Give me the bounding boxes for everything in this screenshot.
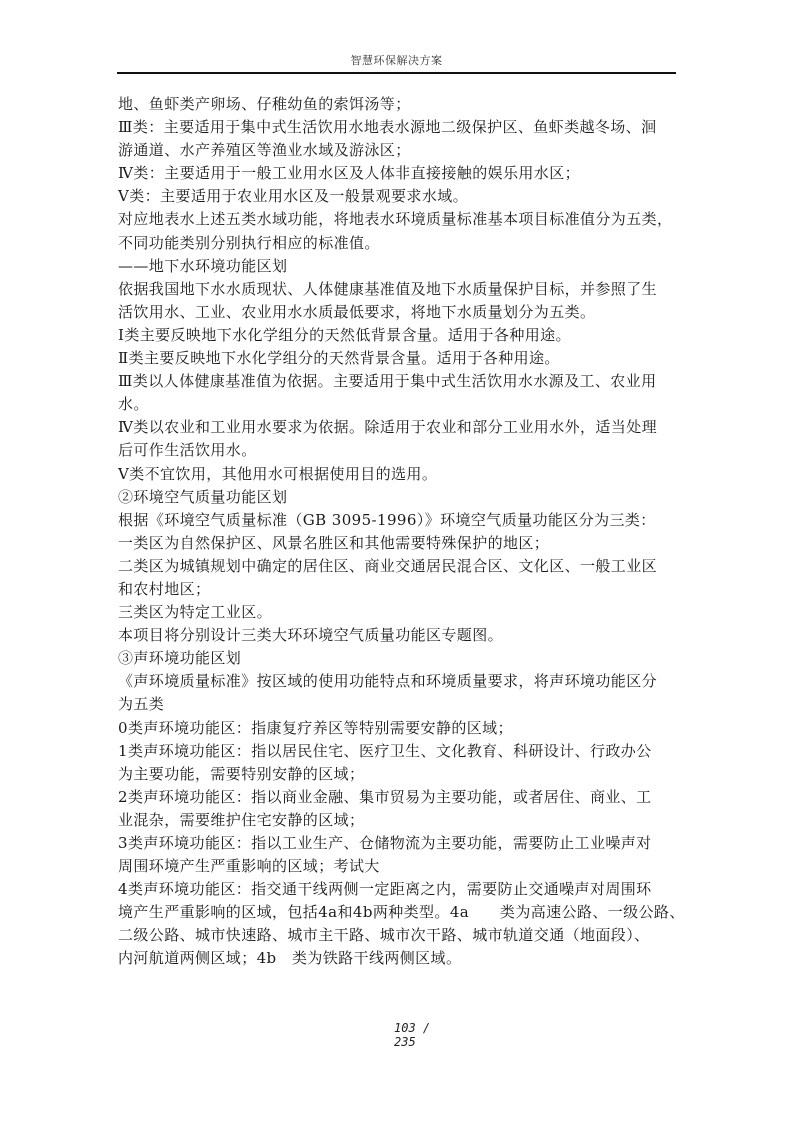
text-line: 三类区为特定工业区。 — [118, 601, 683, 624]
text-line: 依据我国地下水水质现状、人体健康基准值及地下水质量保护目标，并参照了生 — [118, 278, 683, 301]
text-line: 周围环境产生严重影响的区域；考试大 — [118, 855, 683, 878]
section-heading-air-quality: ②环境空气质量功能区划 — [118, 486, 683, 509]
section-heading-acoustic: ③声环境功能区划 — [118, 647, 683, 670]
page-header-title: 智慧环保解决方案 — [117, 52, 676, 68]
text-line: 后可作生活饮用水。 — [118, 439, 683, 462]
text-line: 为五类 — [118, 693, 683, 716]
page-number: 103 / 235 — [394, 1021, 430, 1049]
text-line: 2类声环境功能区：指以商业金融、集市贸易为主要功能，或者居住、商业、工 — [118, 786, 683, 809]
text-line: 《声环境质量标准》按区域的使用功能特点和环境质量要求，将声环境功能区分 — [118, 670, 683, 693]
header-divider — [117, 72, 676, 74]
text-line: 为主要功能，需要特别安静的区域； — [118, 763, 683, 786]
text-line: 4类声环境功能区：指交通干线两侧一定距离之内，需要防止交通噪声对周围环 — [118, 878, 683, 901]
text-line: 3类声环境功能区：指以工业生产、仓储物流为主要功能，需要防止工业噪声对 — [118, 832, 683, 855]
text-line: 水。 — [118, 393, 683, 416]
document-body: 地、鱼虾类产卵场、仔稚幼鱼的索饵汤等； Ⅲ类：主要适用于集中式生活饮用水地表水源… — [118, 93, 683, 971]
text-line: 本项目将分别设计三类大环环境空气质量功能区专题图。 — [118, 624, 683, 647]
text-line: 二类区为城镇规划中确定的居住区、商业交通居民混合区、文化区、一般工业区 — [118, 555, 683, 578]
text-line: 业混杂，需要维护住宅安静的区域； — [118, 809, 683, 832]
text-line: Ⅲ类：主要适用于集中式生活饮用水地表水源地二级保护区、鱼虾类越冬场、洄 — [118, 116, 683, 139]
text-line: 游通道、水产养殖区等渔业水域及游泳区； — [118, 139, 683, 162]
text-line: 0类声环境功能区：指康复疗养区等特别需要安静的区域； — [118, 717, 683, 740]
section-heading-groundwater: ——地下水环境功能区划 — [118, 255, 683, 278]
text-line: 内河航道两侧区域；4b 类为铁路干线两侧区域。 — [118, 947, 683, 970]
text-line: 二级公路、城市快速路、城市主干路、城市次干路、城市轨道交通（地面段）、 — [118, 924, 683, 947]
text-line: Ⅴ类：主要适用于农业用水区及一般景观要求水域。 — [118, 185, 683, 208]
text-line: 1类声环境功能区：指以居民住宅、医疗卫生、文化教育、科研设计、行政办公 — [118, 740, 683, 763]
text-line: 和农村地区； — [118, 578, 683, 601]
text-line: 境产生严重影响的区域，包括4a和4b两种类型。4a 类为高速公路、一级公路、 — [118, 901, 683, 924]
text-line: 对应地表水上述五类水域功能，将地表水环境质量标准基本项目标准值分为五类， — [118, 208, 683, 231]
text-line: 根据《环境空气质量标准（GB 3095-1996）》环境空气质量功能区分为三类： — [118, 509, 683, 532]
text-line: Ⅱ类主要反映地下水化学组分的天然背景含量。适用于各种用途。 — [118, 347, 683, 370]
text-line: Ⅳ类：主要适用于一般工业用水区及人体非直接接触的娱乐用水区； — [118, 162, 683, 185]
page-number-total: 235 — [394, 1035, 430, 1049]
text-line: Ⅴ类不宜饮用，其他用水可根据使用目的选用。 — [118, 463, 683, 486]
text-line: 地、鱼虾类产卵场、仔稚幼鱼的索饵汤等； — [118, 93, 683, 116]
text-line: Ⅲ类以人体健康基准值为依据。主要适用于集中式生活饮用水水源及工、农业用 — [118, 370, 683, 393]
text-line: Ⅳ类以农业和工业用水要求为依据。除适用于农业和部分工业用水外，适当处理 — [118, 416, 683, 439]
text-line: Ⅰ类主要反映地下水化学组分的天然低背景含量。适用于各种用途。 — [118, 324, 683, 347]
page-number-current: 103 / — [394, 1021, 430, 1035]
text-line: 活饮用水、工业、农业用水水质最低要求，将地下水质量划分为五类。 — [118, 301, 683, 324]
text-line: 不同功能类别分别执行相应的标准值。 — [118, 232, 683, 255]
text-line: 一类区为自然保护区、风景名胜区和其他需要特殊保护的地区； — [118, 532, 683, 555]
